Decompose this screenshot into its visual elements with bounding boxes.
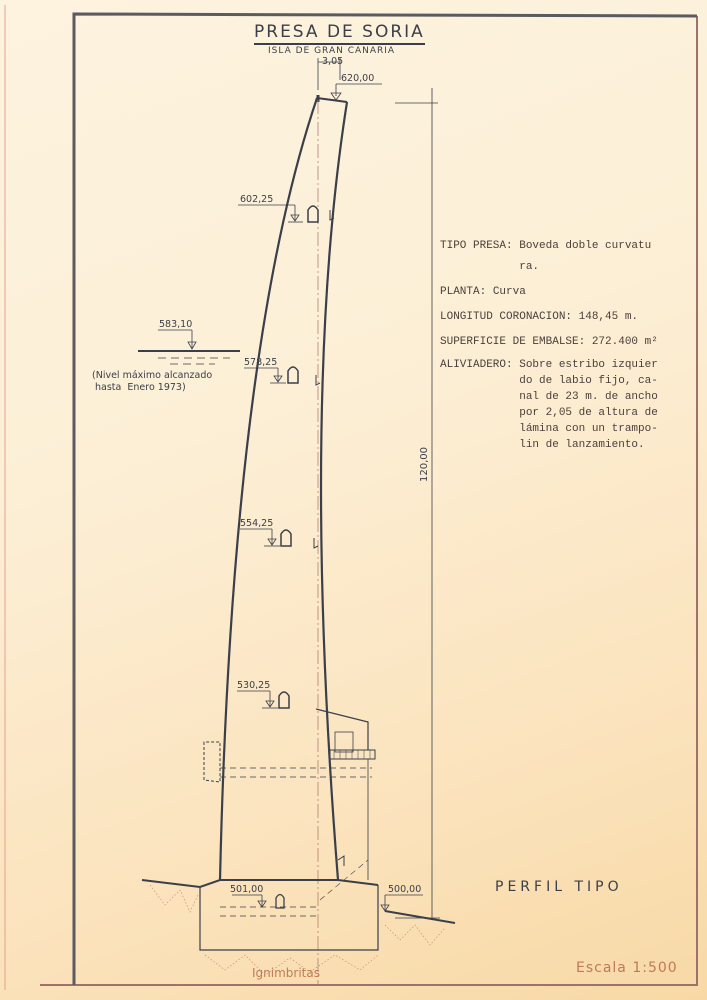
gallery-530: [237, 691, 289, 708]
elevation-max-water: 583,10: [159, 319, 192, 330]
rock-hatching: [150, 885, 445, 975]
elevation-crest: 620,00: [341, 73, 374, 84]
scale-label: Escala 1:500: [576, 960, 678, 976]
total-height-dimension: 120,00: [419, 447, 430, 482]
elevation-gallery-3: 554,25: [240, 518, 273, 529]
spec-plan: PLANTA: Curva: [440, 282, 700, 303]
profile-label: PERFIL TIPO: [495, 879, 623, 895]
water-level-note: (Nivel máximo alcanzado hasta Enero 1973…: [92, 370, 212, 394]
drawing-title: PRESA DE SORIA: [254, 22, 425, 45]
drawing-subtitle: ISLA DE GRAN CANARIA: [268, 46, 395, 56]
elevation-gallery-2: 578,25: [244, 357, 277, 368]
foundation-rock-label: Ignimbritas: [252, 966, 320, 980]
gallery-554: [240, 529, 318, 548]
crest-width-dimension: 3,05: [322, 56, 343, 67]
inner-border: [74, 14, 697, 985]
downstream-structure: [316, 709, 375, 900]
water-level: [138, 330, 240, 364]
dam-downstream-face: [321, 102, 347, 880]
outer-border: [40, 16, 697, 985]
elevation-downstream-base: 500,00: [388, 884, 421, 895]
spec-type: TIPO PRESA: Boveda doble curvatu ra.: [440, 236, 700, 278]
spec-reservoir-area: SUPERFICIE DE EMBALSE: 272.400 m²: [440, 332, 700, 353]
dam-upstream-face: [220, 98, 317, 880]
spec-crest-length: LONGITUD CORONACION: 148,45 m.: [440, 307, 700, 328]
elevation-foundation-gallery: 501,00: [230, 884, 263, 895]
elevation-gallery-4: 530,25: [237, 680, 270, 691]
dam-specifications: TIPO PRESA: Boveda doble curvatu ra. PLA…: [440, 236, 700, 453]
dam-profile-drawing: [0, 0, 707, 1000]
spec-spillway: ALIVIADERO: Sobre estribo izquier do de …: [440, 357, 700, 453]
elevation-gallery-1: 602,25: [240, 194, 273, 205]
